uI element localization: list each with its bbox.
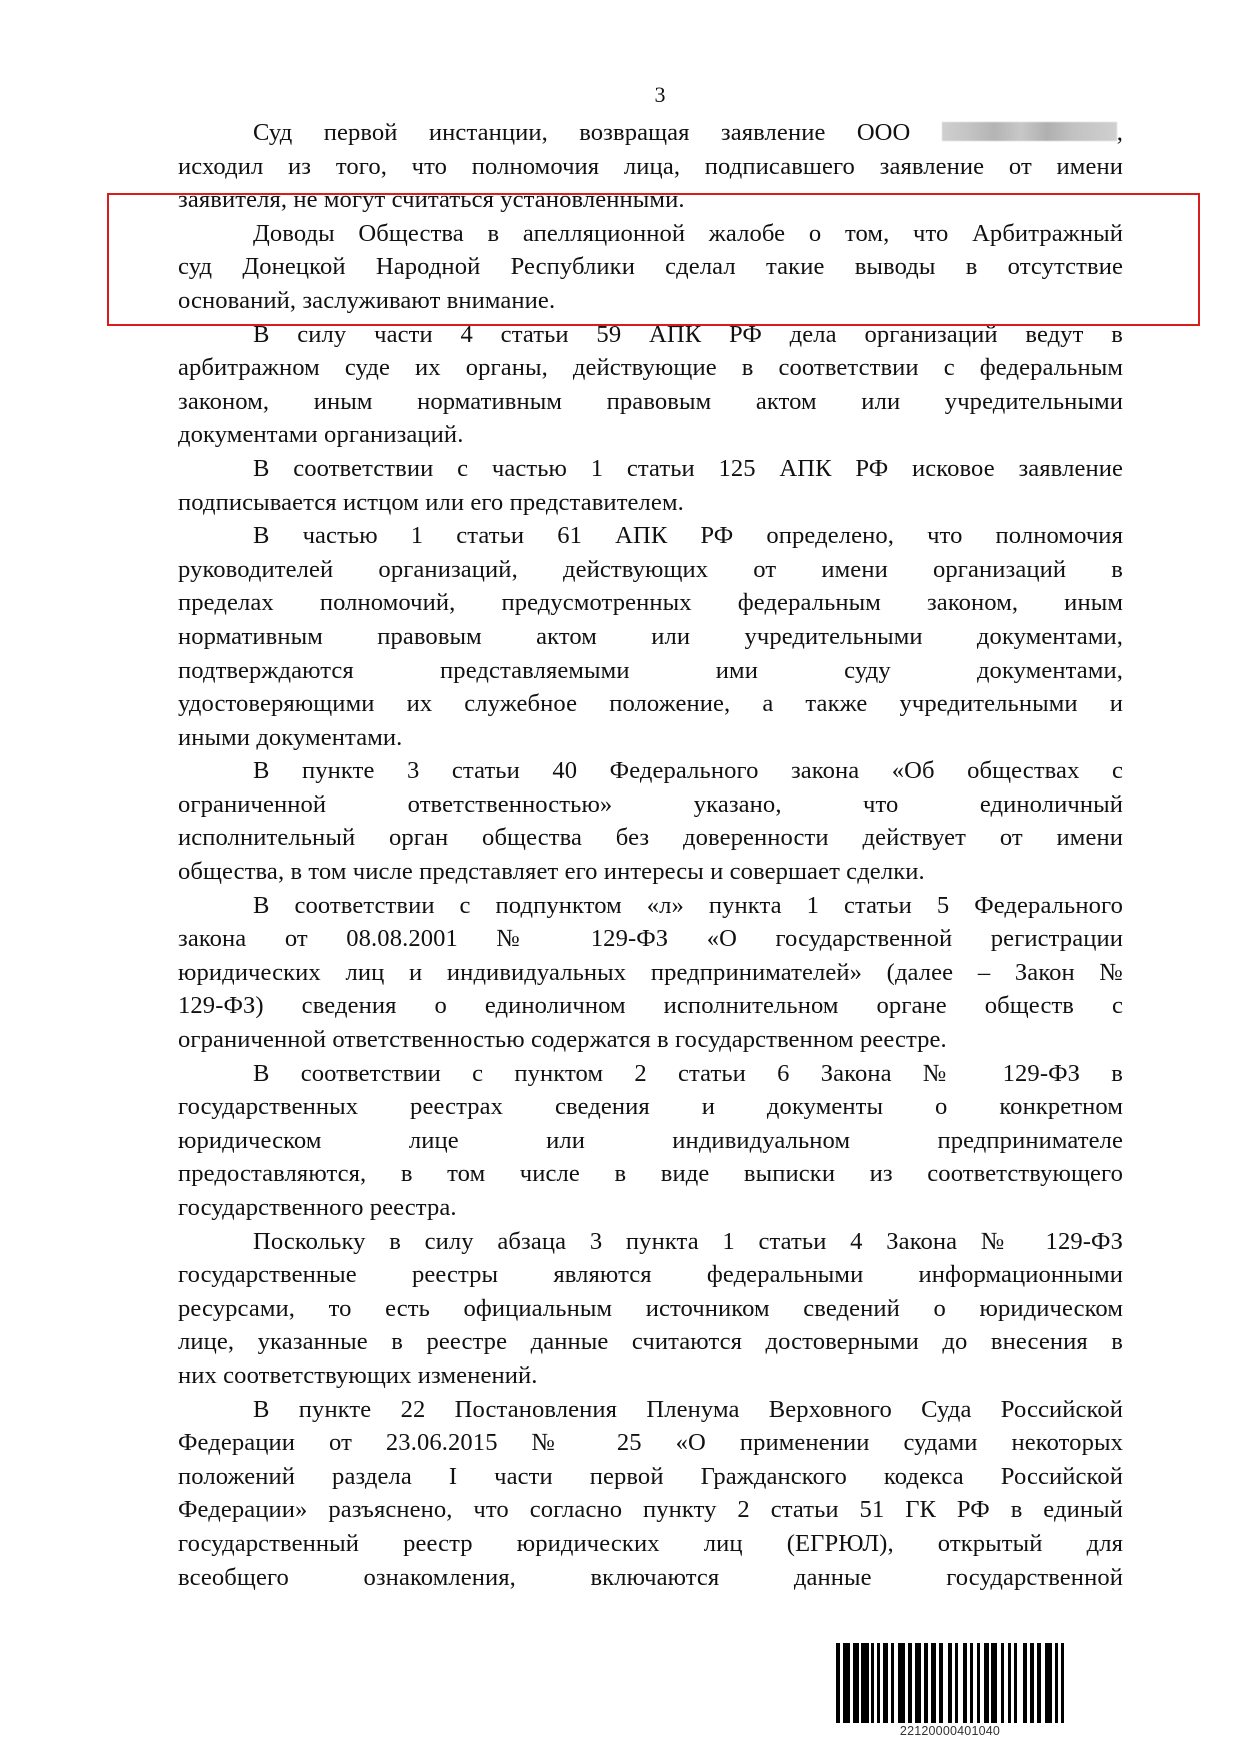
text-line: лице, указанные в реестре данные считают… [178, 1325, 1123, 1359]
text-line: ограниченной ответственностью содержатся… [178, 1023, 1123, 1057]
text-line: государственного реестра. [178, 1191, 1123, 1225]
barcode-bar [843, 1643, 850, 1723]
text-line: подписывается истцом или его представите… [178, 486, 1123, 520]
text-line: ресурсами, то есть официальным источнико… [178, 1292, 1123, 1326]
barcode-bar [1061, 1643, 1064, 1723]
text-line: В соответствии с подпунктом «л» пункта 1… [178, 889, 1123, 923]
paragraph: В пункте 22 Постановления Пленума Верхов… [178, 1393, 1123, 1595]
text-line: государственные реестры являются федерал… [178, 1258, 1123, 1292]
text-line: Федерации от 23.06.2015 № 25 «О применен… [178, 1426, 1123, 1460]
text-line: арбитражном суде их органы, действующие … [178, 351, 1123, 385]
text-line: них соответствующих изменений. [178, 1359, 1123, 1393]
text-line: иными документами. [178, 721, 1123, 755]
paragraph: В соответствии с пунктом 2 статьи 6 Зако… [178, 1057, 1123, 1225]
highlight-box [107, 193, 1200, 326]
barcode-bar [1045, 1643, 1052, 1723]
text-line: Федерации» разъяснено, что согласно пунк… [178, 1493, 1123, 1527]
text-line: Суд первой инстанции, возвращая заявлени… [178, 116, 1123, 150]
text-line: государственный реестр юридических лиц (… [178, 1527, 1123, 1561]
text-line: пределах полномочий, предусмотренных фед… [178, 586, 1123, 620]
text-line: документами организаций. [178, 418, 1123, 452]
text-line: всеобщего ознакомления, включаются данны… [178, 1561, 1123, 1595]
text-line: руководителей организаций, действующих о… [178, 553, 1123, 587]
paragraph: В пункте 3 статьи 40 Федерального закона… [178, 754, 1123, 888]
text-line: Поскольку в силу абзаца 3 пункта 1 стать… [178, 1225, 1123, 1259]
text-line: исходил из того, что полномочия лица, по… [178, 150, 1123, 184]
text-line: общества, в том числе представляет его и… [178, 855, 1123, 889]
barcode-bar [898, 1643, 905, 1723]
text-line: В частью 1 статьи 61 АПК РФ определено, … [178, 519, 1123, 553]
document-body: Суд первой инстанции, возвращая заявлени… [178, 116, 1123, 1594]
text-line: нормативным правовым актом или учредител… [178, 620, 1123, 654]
text-line: В пункте 22 Постановления Пленума Верхов… [178, 1393, 1123, 1427]
text-line: закона от 08.08.2001 № 129-ФЗ «О государ… [178, 922, 1123, 956]
text-line: юридических лиц и индивидуальных предпри… [178, 956, 1123, 990]
text-line: В соответствии с пунктом 2 статьи 6 Зако… [178, 1057, 1123, 1091]
page-number: 3 [0, 82, 1240, 108]
redacted-company-name [942, 122, 1117, 141]
paragraph: Поскольку в силу абзаца 3 пункта 1 стать… [178, 1225, 1123, 1393]
text-line: В пункте 3 статьи 40 Федерального закона… [178, 754, 1123, 788]
text-line: удостоверяющими их служебное положение, … [178, 687, 1123, 721]
paragraph: В силу части 4 статьи 59 АПК РФ дела орг… [178, 318, 1123, 452]
text-line: положений раздела I части первой Граждан… [178, 1460, 1123, 1494]
text-line: ограниченной ответственностью» указано, … [178, 788, 1123, 822]
text-line: 129-ФЗ) сведения о единоличном исполните… [178, 989, 1123, 1023]
paragraph: В соответствии с подпунктом «л» пункта 1… [178, 889, 1123, 1057]
text-line: юридическом лице или индивидуальном пред… [178, 1124, 1123, 1158]
text-line: государственных реестрах сведения и доку… [178, 1090, 1123, 1124]
text-line: предоставляются, в том числе в виде выпи… [178, 1157, 1123, 1191]
text-line: исполнительный орган общества без довере… [178, 821, 1123, 855]
text-line: подтверждаются представляемыми ими суду … [178, 654, 1123, 688]
barcode-number: 22120000401040 [836, 1724, 1064, 1738]
text-line: законом, иным нормативным правовым актом… [178, 385, 1123, 419]
paragraph: В соответствии с частью 1 статьи 125 АПК… [178, 452, 1123, 519]
paragraph: В частью 1 статьи 61 АПК РФ определено, … [178, 519, 1123, 754]
barcode-bar [861, 1643, 868, 1723]
text-line: В соответствии с частью 1 статьи 125 АПК… [178, 452, 1123, 486]
barcode [836, 1643, 1064, 1723]
